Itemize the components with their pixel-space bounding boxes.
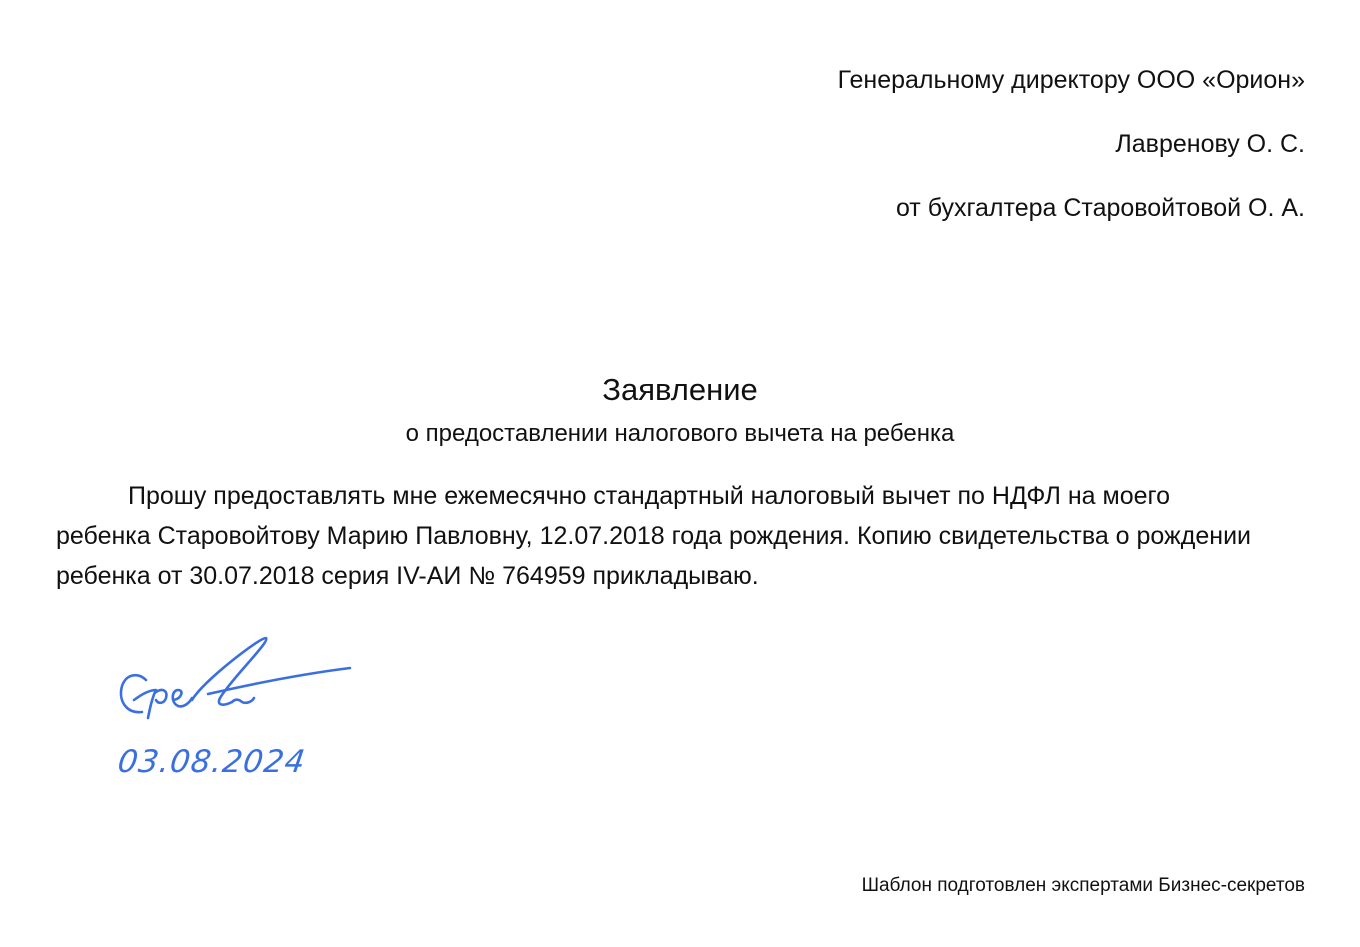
document-title: Заявление	[0, 368, 1360, 412]
signature-date: 03.08.2024	[115, 744, 308, 780]
document-subtitle: о предоставлении налогового вычета на ре…	[0, 416, 1360, 452]
addressee-name: Лавренову О. С.	[838, 112, 1305, 176]
document-body: Прошу предоставлять мне ежемесячно станд…	[56, 476, 1256, 596]
sender-line: от бухгалтера Старовойтовой О. А.	[838, 176, 1305, 240]
addressee-position: Генеральному директору ООО «Орион»	[838, 48, 1305, 112]
addressee-block: Генеральному директору ООО «Орион» Лавре…	[838, 48, 1305, 240]
template-credit: Шаблон подготовлен экспертами Бизнес-сек…	[862, 872, 1305, 900]
signature-icon	[112, 628, 362, 728]
